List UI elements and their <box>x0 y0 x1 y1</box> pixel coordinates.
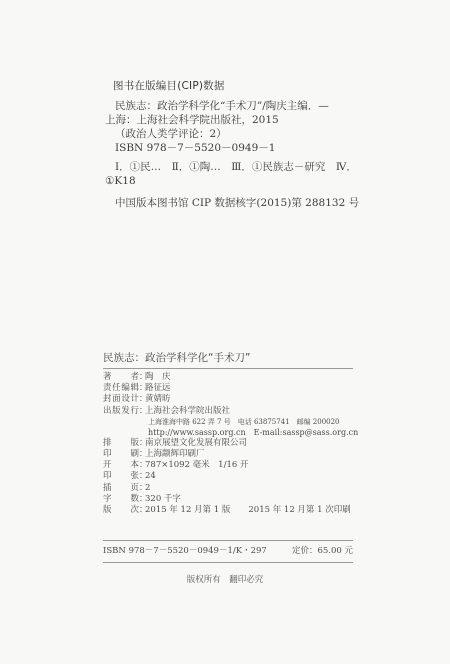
imprint-typesetting: 排 版：南京展望文化发展有限公司 <box>103 438 363 449</box>
imprint-sheets: 印 张：24 <box>103 471 363 482</box>
imprint-cover-design: 封面设计：黄婧昉 <box>103 394 363 405</box>
imprint-label: 插 页 <box>103 483 139 494</box>
book-title: 民族志：政治学科学化“手术刀” <box>103 350 250 365</box>
isbn-price-row: ISBN 978－7－5520－0949－1/K・297 定价：65.00 元 <box>103 544 353 556</box>
imprint-value: 787×1092 毫米 1/16 开 <box>145 460 248 471</box>
imprint-value: 上海颛辉印刷厂 <box>145 449 205 460</box>
cip-line-series: （政治人类学评论：2） <box>105 127 375 141</box>
imprint-value: 南京展望文化发展有限公司 <box>145 438 247 449</box>
imprint-publisher: 出版发行：上海社会科学院出版社 <box>103 406 363 417</box>
imprint-plates: 插 页：2 <box>103 483 363 494</box>
cip-line-subjects: Ⅰ．①民… Ⅱ．①陶… Ⅲ．①民族志－研究 Ⅳ． <box>105 160 375 174</box>
cip-heading: 图书在版编目(CIP)数据 <box>113 78 225 93</box>
imprint-edition: 版 次：2015 年 12 月第 1 版2015 年 12 月第 1 次印刷 <box>103 505 363 516</box>
cip-line-isbn: ISBN 978－7－5520－0949－1 <box>105 141 375 155</box>
cip-line-title: 民族志：政治学科学化“手术刀”/陶庆主编．— <box>105 99 375 113</box>
imprint-label: 出版发行 <box>103 406 139 417</box>
imprint-value: 2015 年 12 月第 1 版2015 年 12 月第 1 次印刷 <box>145 505 351 516</box>
imprint-format: 开 本：787×1092 毫米 1/16 开 <box>103 460 363 471</box>
copyright-notice: 版权所有 翻印必究 <box>0 573 450 585</box>
cip-record: 民族志：政治学科学化“手术刀”/陶庆主编．— 上海：上海社会科学院出版社，201… <box>105 99 375 188</box>
imprint-label: 版 次 <box>103 505 139 516</box>
imprint-value: 黄婧昉 <box>145 394 171 405</box>
publisher-address: 上海淮海中路 622 弄 7 号 电话 63875741 邮编 200020 <box>103 417 363 427</box>
imprint-value: 2 <box>145 483 150 494</box>
cip-line-classification: ①K18 <box>105 174 375 188</box>
imprint-label: 印 刷 <box>103 449 139 460</box>
imprint-word-count: 字 数：320 千字 <box>103 494 363 505</box>
imprint-block: 著 者：陶 庆 责任编辑：路征远 封面设计：黄婧昉 出版发行：上海社会科学院出版… <box>103 372 363 516</box>
price: 定价：65.00 元 <box>292 544 353 556</box>
imprint-printing: 印 刷：上海颛辉印刷厂 <box>103 449 363 460</box>
imprint-label: 字 数 <box>103 494 139 505</box>
divider <box>103 540 353 541</box>
publisher-web: http://www.sassp.org.cn E-mail:sassp@sas… <box>103 427 363 438</box>
imprint-author: 著 者：陶 庆 <box>103 372 363 383</box>
divider <box>103 368 353 369</box>
cip-catalog-number: 中国版本图书馆 CIP 数据核字(2015)第 288132 号 <box>115 195 359 210</box>
isbn: ISBN 978－7－5520－0949－1/K・297 <box>103 544 267 556</box>
imprint-label: 开 本 <box>103 460 139 471</box>
edition-value: 2015 年 12 月第 1 版 <box>145 505 230 515</box>
imprint-label: 排 版 <box>103 438 139 449</box>
imprint-value: 陶 庆 <box>145 372 171 383</box>
imprint-value: 路征远 <box>145 383 171 394</box>
imprint-label: 责任编辑 <box>103 383 139 394</box>
imprint-label: 封面设计 <box>103 394 139 405</box>
divider <box>103 562 353 563</box>
imprint-value: 24 <box>145 471 156 482</box>
imprint-editor: 责任编辑：路征远 <box>103 383 363 394</box>
copyright-page: 图书在版编目(CIP)数据 民族志：政治学科学化“手术刀”/陶庆主编．— 上海：… <box>0 0 450 664</box>
cip-line-publisher: 上海：上海社会科学院出版社，2015 <box>105 113 375 127</box>
imprint-label: 印 张 <box>103 471 139 482</box>
imprint-label: 著 者 <box>103 372 139 383</box>
imprint-value: 上海社会科学院出版社 <box>145 406 230 417</box>
printing-value: 2015 年 12 月第 1 次印刷 <box>248 505 350 515</box>
imprint-value: 320 千字 <box>145 494 181 505</box>
